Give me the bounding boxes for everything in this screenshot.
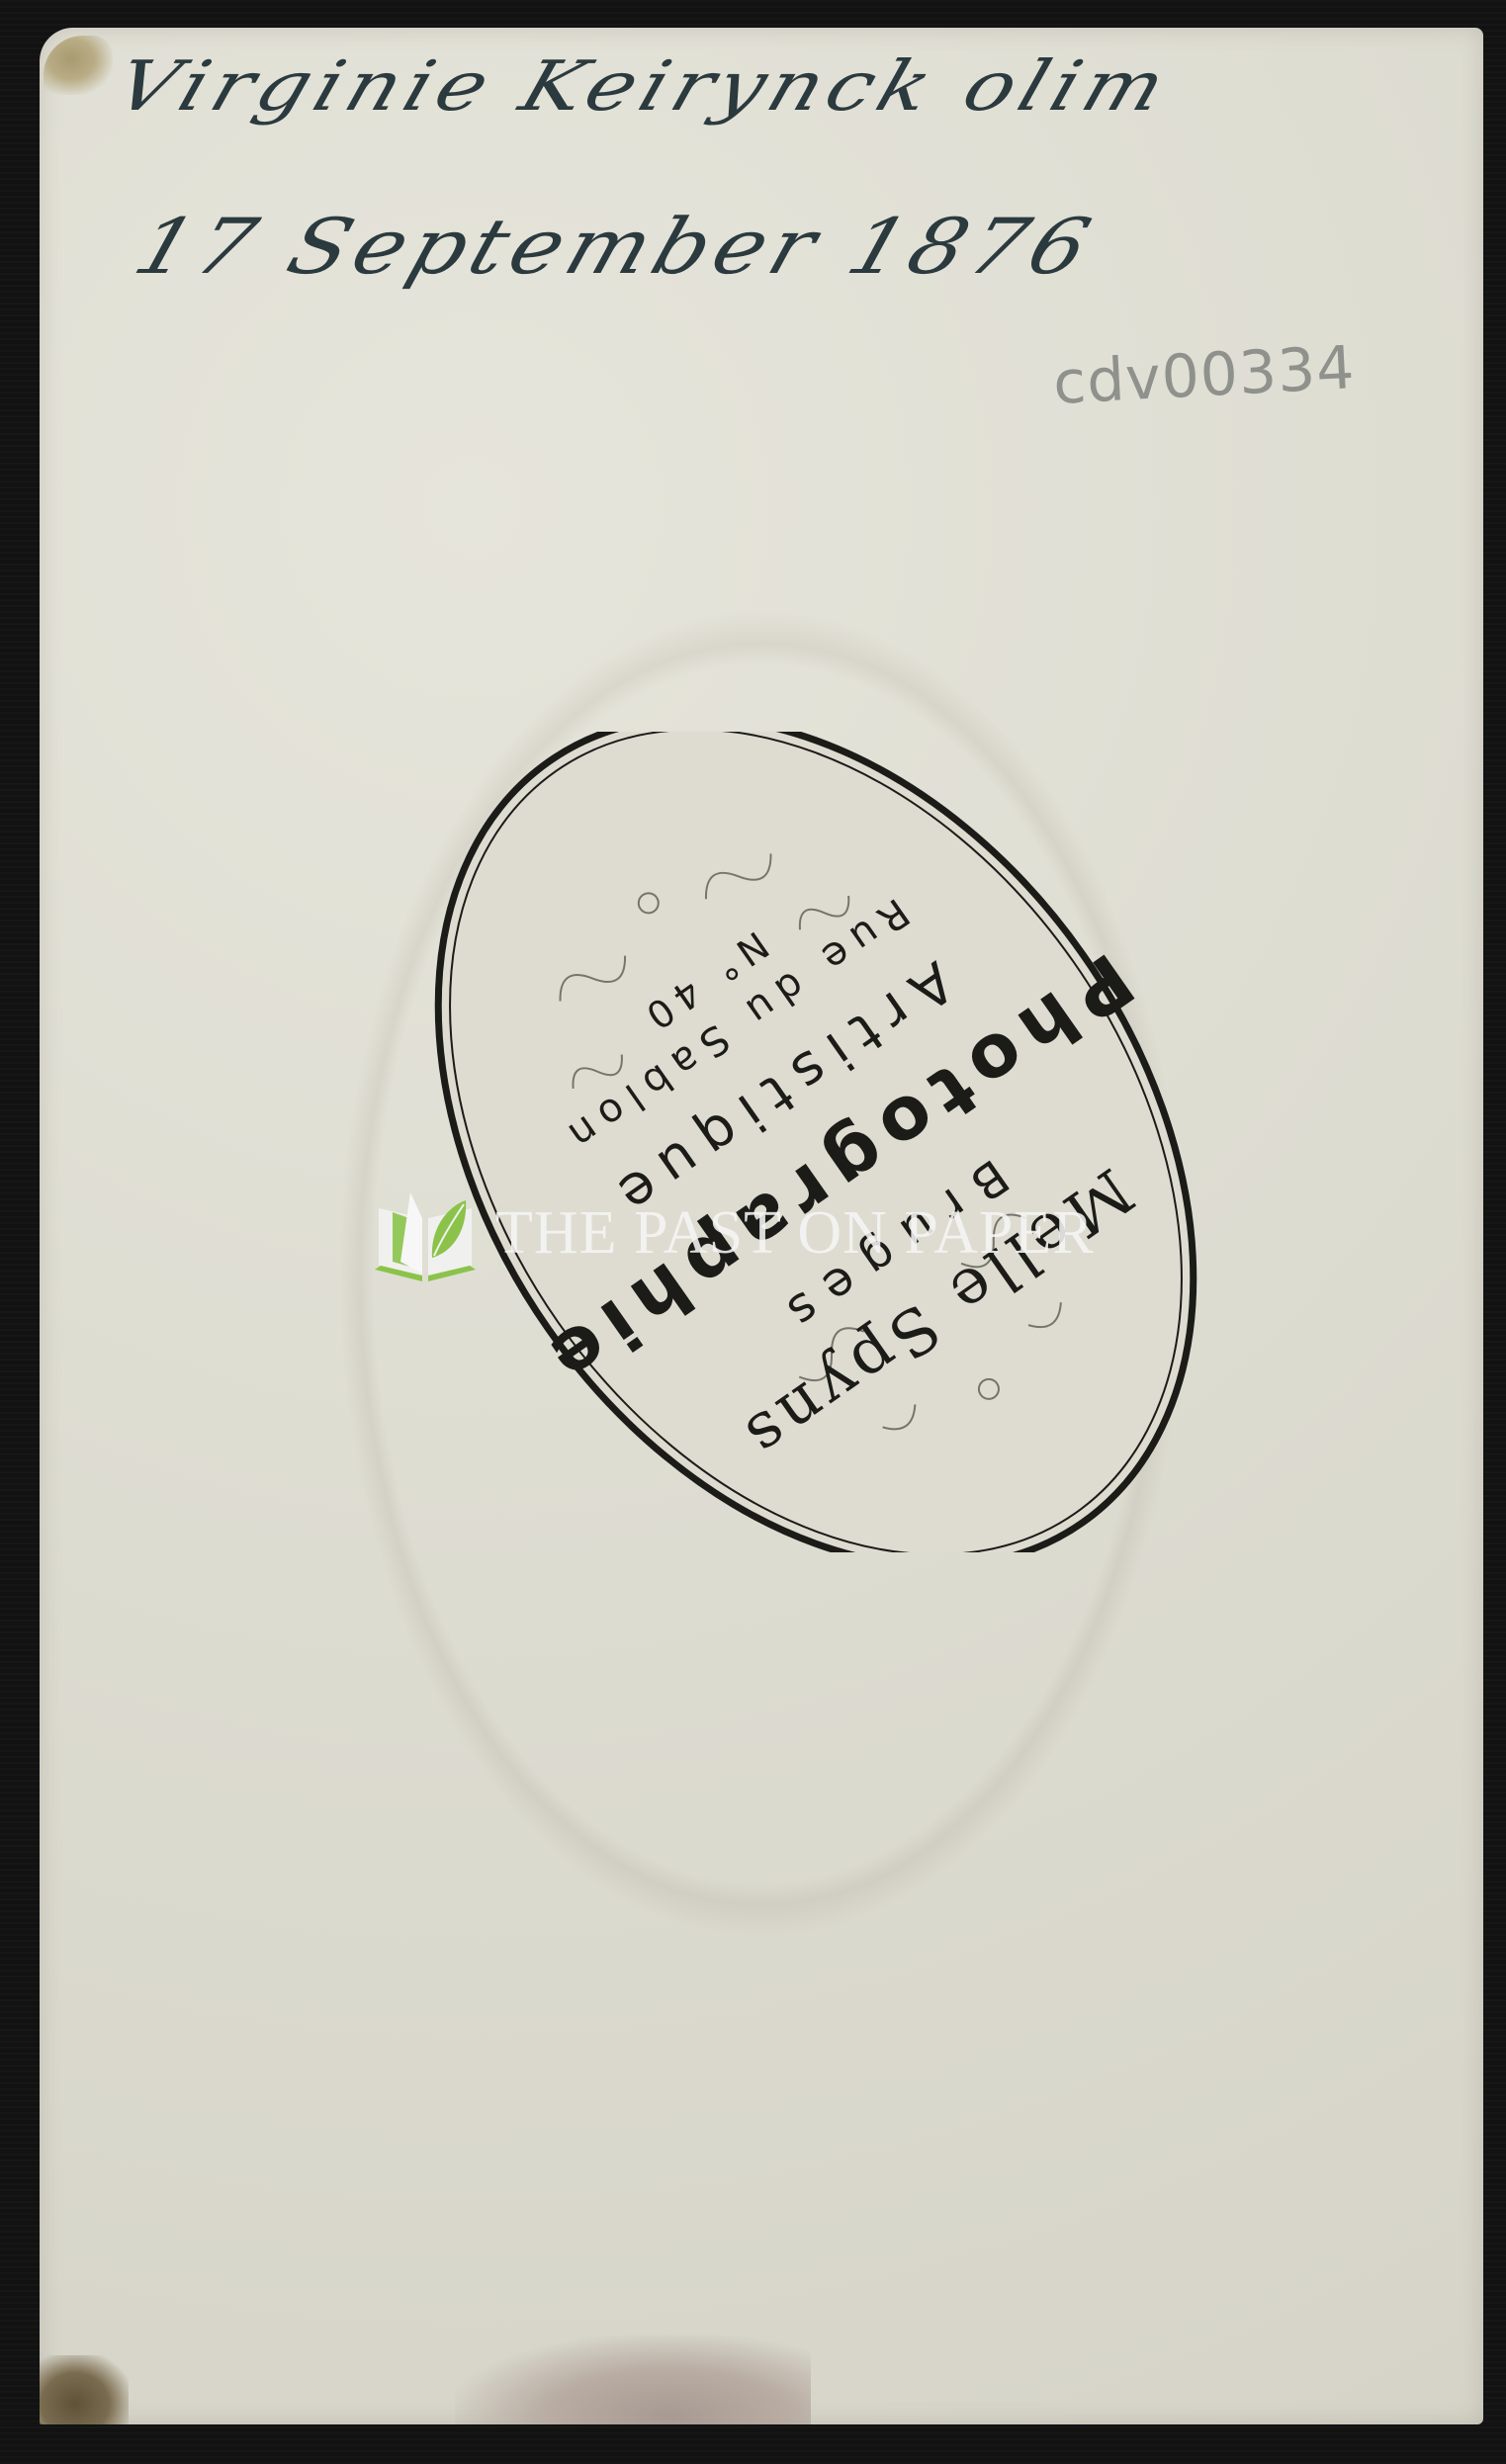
edge-damage-left: [40, 2355, 129, 2424]
handwritten-date: 17 September 1876: [124, 203, 1106, 292]
watermark: THE PAST ON PAPER: [371, 1179, 1095, 1287]
handwritten-name: Virginie Keirynck olim: [106, 46, 1181, 127]
edge-damage-center: [455, 2335, 811, 2424]
open-book-leaf-icon: [371, 1179, 480, 1287]
corner-stain: [44, 36, 113, 95]
photographer-stamp: Melle Spyns Bruges Photographie Artistiq…: [391, 732, 1241, 1552]
watermark-text: THE PAST ON PAPER: [495, 1198, 1095, 1269]
